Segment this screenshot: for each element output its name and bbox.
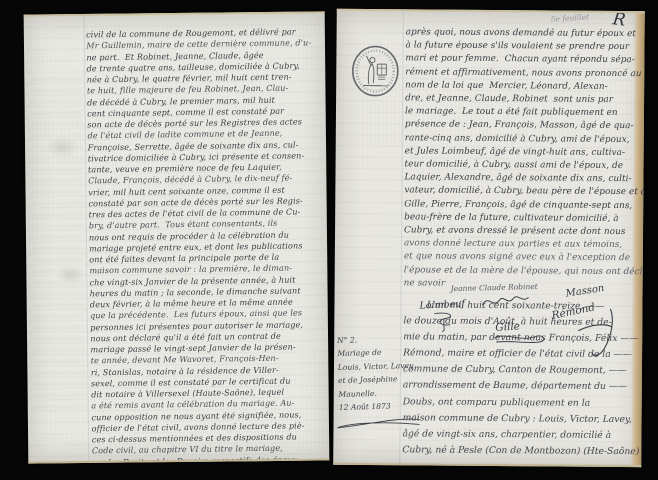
- handwritten-line: et de Joséphine: [338, 372, 404, 387]
- handwritten-line: le douze du mois d'Août, à huit heures e…: [403, 313, 639, 331]
- handwritten-line: mie du matin, par devant nous François, …: [403, 330, 639, 348]
- handwritten-line: L'an mil huit cent soixante-treize, ——: [403, 297, 639, 315]
- handwritten-line: 12 Août 1873: [339, 399, 405, 414]
- handwritten-line: présence de : Jean, François, Masson, âg…: [405, 119, 639, 134]
- handwritten-line: vateur, domicilié, à Cubry, beau père de…: [404, 185, 638, 200]
- seated-figure-revenue-stamp-icon: [350, 44, 400, 98]
- act-mercier-robinet-text: après quoi, nous avons demandé au futur …: [404, 26, 640, 292]
- handwritten-line: âgé de vingt-six ans, charpentier, domic…: [402, 426, 638, 444]
- handwritten-line: mari et pour femme. Chacun ayant répondu…: [405, 53, 639, 68]
- handwritten-line: Doubs, ont comparu publiquement en la: [403, 394, 639, 412]
- smudge: [56, 266, 84, 284]
- handwritten-line: Rémond, maire et officier de l'état civi…: [403, 346, 639, 364]
- handwritten-line: et que nous avons signé avec eux à l'exc…: [404, 251, 638, 266]
- margin-act-note: N° 2.Mariage deLouis, Victor, Laveyet de…: [337, 332, 405, 414]
- handwritten-line: Cubry, né à Pesle (Con de Montbozon) (Ht…: [402, 442, 638, 460]
- ink-bleed-through: [30, 71, 86, 412]
- smudge: [45, 136, 79, 158]
- handwritten-line: maison commune de Cubry : Louis, Victor,…: [403, 410, 639, 428]
- register-scan-photo: civil de la commune de Rougemont, et dél…: [0, 0, 658, 480]
- handwritten-line: commune de Cubry, Canton de Rougemont, —…: [403, 362, 639, 380]
- left-page-text: civil de la commune de Rougemont, et dél…: [86, 26, 329, 464]
- signature-robinet: Jeanne Claude Robinet: [451, 282, 538, 293]
- act-lavey-maunelle-text: L'an mil huit cent soixante-treize, ——le…: [402, 297, 639, 460]
- handwritten-line: arrondissement de Baume, département du …: [403, 378, 639, 396]
- folio-annotation: 5e feuillet: [550, 12, 589, 23]
- right-page: 5e feuillet R après quoi, nous avons dem…: [333, 9, 645, 467]
- left-page: civil de la commune de Rougemont, et dél…: [24, 11, 330, 463]
